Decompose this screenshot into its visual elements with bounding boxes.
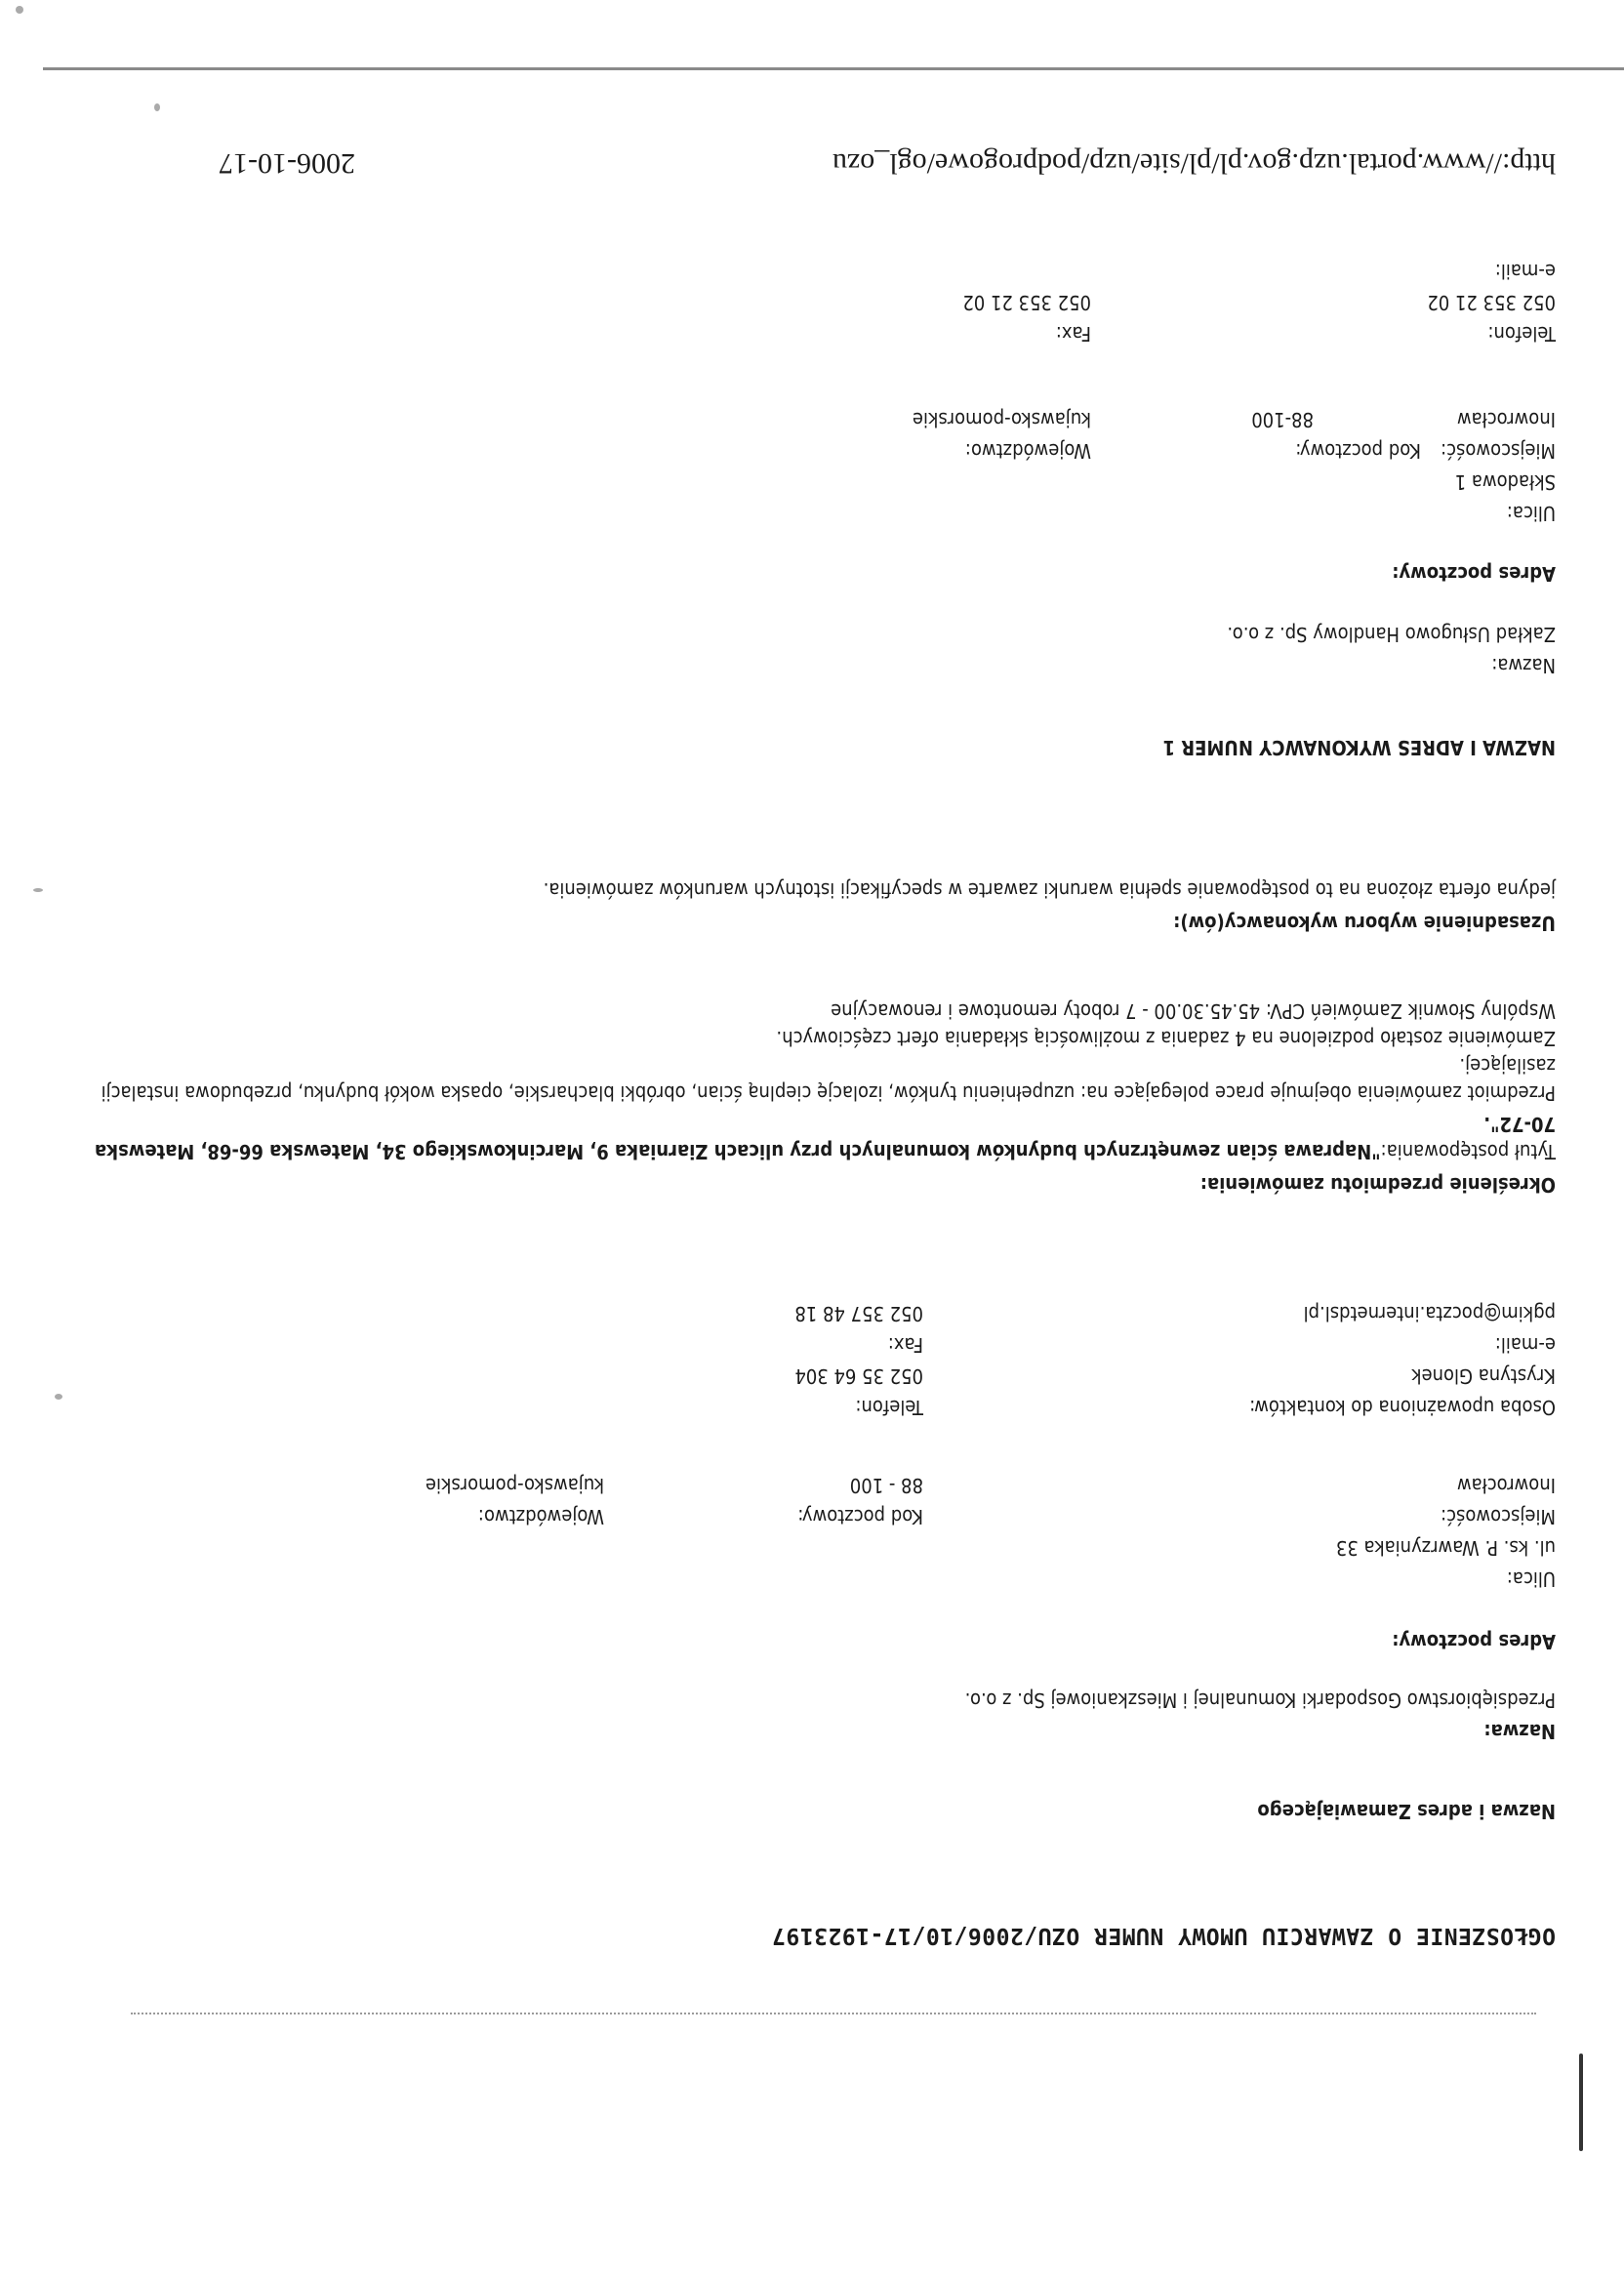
authority-city-label: Miejscowość: <box>1441 1505 1556 1528</box>
contractor-phone: 052 353 21 02 <box>1427 291 1556 314</box>
contractor-street-label: Ulica: <box>1507 502 1556 525</box>
contractor-name-label: Nazwa: <box>1491 654 1556 677</box>
authority-email[interactable]: pgkim@poczta.internetdsl.pl <box>1304 1302 1556 1325</box>
justification-heading: Uzasadnienie wyboru wykonawcy(ów): <box>1173 912 1556 935</box>
contractor-city: Inowrocław <box>1457 408 1556 431</box>
contractor-address-heading: Adres pocztowy: <box>1392 562 1556 586</box>
subject-title-prefix: Tytuł postępowania: <box>1381 1140 1556 1163</box>
handwritten-mark <box>1579 2054 1583 2151</box>
authority-name: Przedsiębiorstwo Gospodarki Komunalnej i… <box>965 1688 1556 1712</box>
scanned-page: OGŁOSZENIE O ZAWARCIU UMOWY NUMER OZU/20… <box>0 0 1624 2278</box>
authority-contact-person: Krystyna Glonek <box>1411 1364 1556 1388</box>
contractor-street: Składowa 1 <box>1455 470 1556 494</box>
scan-speck <box>16 6 23 14</box>
scan-speck <box>33 888 43 892</box>
contractor-heading: NAZWA I ADRES WYKONAWCY NUMER 1 <box>1162 736 1556 759</box>
authority-fax-label: Fax: <box>888 1333 923 1357</box>
contractor-province-label: Województwo: <box>965 439 1091 463</box>
contractor-province: kujawsko-pomorskie <box>913 408 1091 431</box>
subject-title-text: "Naprawa ścian zewnętrznych budynków kom… <box>95 1113 1556 1163</box>
scan-speck <box>55 1394 62 1400</box>
authority-heading: Nazwa i adres Zamawiającego <box>1257 1800 1556 1823</box>
contractor-fax: 052 353 21 02 <box>962 291 1091 314</box>
subject-division: Zamówienie zostało podzielone na 4 zadan… <box>77 1025 1556 1052</box>
authority-fax: 052 357 48 18 <box>794 1302 923 1325</box>
contractor-name: Zakład Usługowo Handlowy Sp. z o.o. <box>1227 623 1556 646</box>
subject-cpv: Wspólny Słownik Zamówień CPV: 45.45.30.0… <box>77 997 1556 1025</box>
justification-text: jedyna oferta złożona na to postępowanie… <box>385 876 1556 904</box>
subject-title: Tytuł postępowania:"Naprawa ścian zewnęt… <box>82 1111 1556 1165</box>
authority-street-label: Ulica: <box>1507 1567 1556 1591</box>
authority-contact-label: Osoba upoważniona do kontaktów: <box>1249 1396 1556 1419</box>
authority-province-label: Województwo: <box>478 1505 604 1528</box>
authority-name-label: Nazwa: <box>1483 1720 1556 1743</box>
authority-province: kujawsko-pomorskie <box>426 1474 604 1497</box>
subject-description: Przedmiot zamówienia obejmuje prace pole… <box>77 1052 1556 1107</box>
contractor-postal-code: 88-100 <box>1251 408 1314 431</box>
authority-address-heading: Adres pocztowy: <box>1392 1630 1556 1653</box>
scan-edge-line <box>43 67 1624 70</box>
footer-date: 2006-10-17 <box>219 146 355 180</box>
top-dotted-rule <box>131 2013 1536 2014</box>
contractor-fax-label: Fax: <box>1056 322 1091 346</box>
notice-title: OGŁOSZENIE O ZAWARCIU UMOWY NUMER OZU/20… <box>772 1923 1556 1948</box>
footer-url[interactable]: http://www.portal.uzp.gov.pl/pl/site/uzp… <box>832 146 1556 180</box>
authority-phone-label: Telefon: <box>855 1396 923 1419</box>
authority-postal-code: 88 - 100 <box>850 1474 923 1497</box>
scan-speck <box>154 103 160 111</box>
authority-email-label: e-mail: <box>1495 1333 1556 1357</box>
authority-street: ul. ks. P. Wawrzyniaka 33 <box>1336 1536 1556 1560</box>
contractor-email-label: e-mail: <box>1495 260 1556 283</box>
contractor-postal-label: Kod pocztowy: <box>1295 439 1421 463</box>
subject-heading: Określenie przedmiotu zamówienia: <box>1200 1173 1556 1197</box>
authority-city: Inowrocław <box>1457 1474 1556 1497</box>
contractor-city-label: Miejscowość: <box>1441 439 1556 463</box>
authority-phone: 052 35 64 304 <box>794 1364 923 1388</box>
authority-postal-label: Kod pocztowy: <box>797 1505 923 1528</box>
contractor-phone-label: Telefon: <box>1487 322 1556 346</box>
